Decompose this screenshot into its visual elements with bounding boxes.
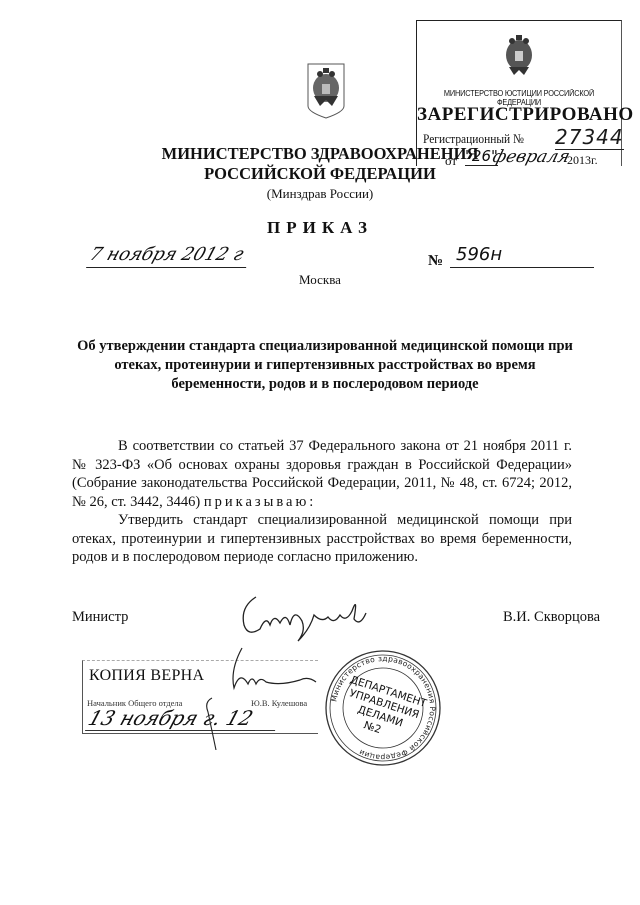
body-paragraph-1: В соответствии со статьей 37 Федеральног… <box>72 437 572 511</box>
department-seal-icon: Министерство здравоохранения Российской … <box>323 648 443 768</box>
document-type-title: ПРИКАЗ <box>0 218 640 238</box>
signatory-role: Министр <box>72 609 128 626</box>
order-body: В соответствии со статьей 37 Федеральног… <box>72 437 572 567</box>
coat-of-arms-icon <box>501 33 537 77</box>
order-city: Москва <box>0 272 640 288</box>
body-paragraph-2: Утвердить стандарт специализированной ме… <box>72 511 572 567</box>
order-word: приказываю: <box>204 494 316 510</box>
ministry-title: МИНИСТЕРСТВО ЗДРАВООХРАНЕНИЯ РОССИЙСКОЙ … <box>0 144 640 184</box>
copy-signature-scribble-icon <box>190 640 320 750</box>
signature-scribble-icon <box>236 585 386 645</box>
order-subject: Об утверждении стандарта специализирован… <box>70 337 580 394</box>
ministry-title-line1: МИНИСТЕРСТВО ЗДРАВООХРАНЕНИЯ <box>0 144 640 164</box>
order-number-label: № <box>428 253 443 270</box>
body-paragraph-1-text: В соответствии со статьей 37 Федеральног… <box>72 438 572 510</box>
ministry-title-line2: РОССИЙСКОЙ ФЕДЕРАЦИИ <box>0 164 640 184</box>
order-number-handwritten: 596н <box>450 243 594 268</box>
copy-stamp-title: КОПИЯ ВЕРНА <box>89 667 204 685</box>
ministry-short-name: (Минздрав России) <box>0 186 640 202</box>
coat-of-arms-icon <box>306 62 346 120</box>
stamp-registered-label: ЗАРЕГИСТРИРОВАНО <box>417 104 621 126</box>
order-date-handwritten: 7 ноября 2012 г <box>86 243 254 268</box>
signatory-name: В.И. Скворцова <box>503 609 600 626</box>
